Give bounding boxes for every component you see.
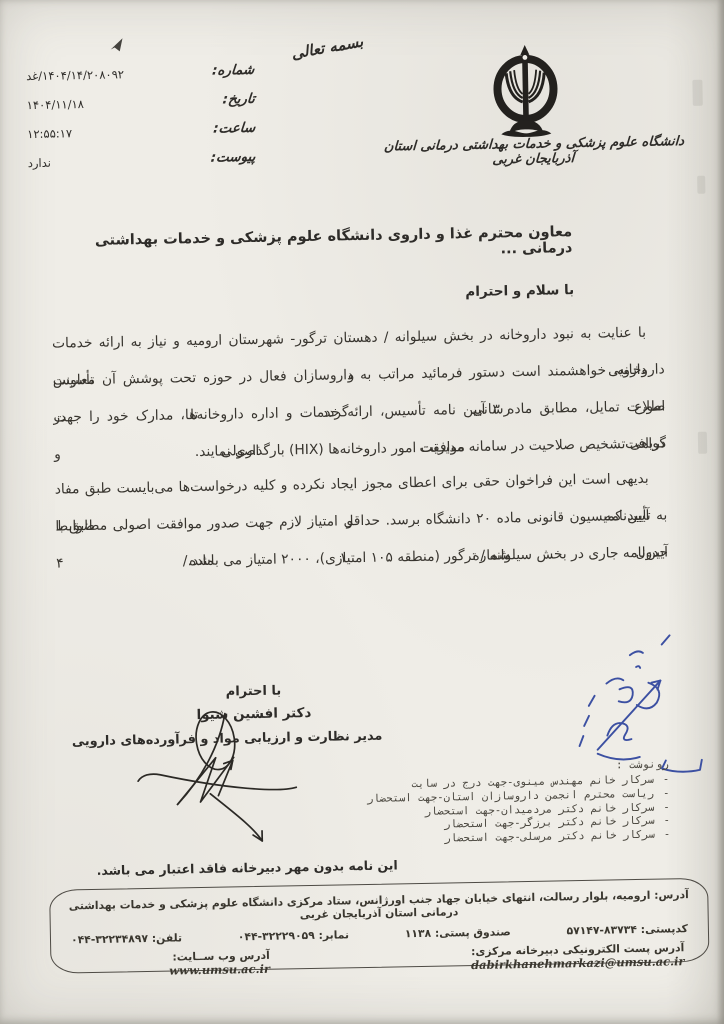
footer-contact-box: آدرس: ارومیه، بلوار رسالت، انتهای خیابان… <box>49 878 709 974</box>
meta-row-number: شماره: ۱۴۰۴/۱۴/۲۰۸۰۹۲/غد <box>20 60 262 93</box>
postal-code-field: کدپستی: ۵۷۱۴۷-۸۳۷۳۴ <box>566 922 688 937</box>
recipient-line: معاون محترم غذا و داروی دانشگاه علوم پزش… <box>80 224 573 265</box>
meta-date-value: ۱۴۰۴/۱۱/۱۸ <box>27 95 195 112</box>
email-field: آدرس پست الکترونیکی دبیرخانه مرکزی: dabi… <box>270 941 685 976</box>
postal-code-label: کدپستی: <box>641 922 688 936</box>
address-label: آدرس: <box>654 888 689 902</box>
meta-row-attachment: پیوست: ندارد <box>22 147 264 180</box>
bismillah-text: بسمه تعالی <box>279 30 376 64</box>
footer-address-row: آدرس: ارومیه، بلوار رسالت، انتهای خیابان… <box>50 888 707 926</box>
meta-row-date: تاریخ: ۱۴۰۴/۱۱/۱۸ <box>20 89 262 122</box>
po-box-label: صندوق پستی: <box>435 925 511 939</box>
university-emblem-icon <box>486 44 566 139</box>
cc-item-text: سرکار خانم دکتر مرسلی-جهت استحضار <box>444 829 655 845</box>
salutation-line: با سلام و احترام <box>436 282 574 301</box>
meta-time-value: ۱۲:۵۵:۱۷ <box>27 124 195 141</box>
body-paragraph-2: بدیهی است این فراخوان حقی برای اعطای مجو… <box>54 460 668 582</box>
cc-bullet: - <box>663 815 670 827</box>
meta-row-time: ساعت: ۱۲:۵۵:۱۷ <box>21 118 263 151</box>
fax-value: ۰۴۴-۳۲۲۲۹۰۵۹ <box>238 929 315 943</box>
po-box-field: صندوق پستی: ۱۱۳۸ <box>405 925 511 940</box>
meta-attachment-label: پیوست: <box>210 149 256 166</box>
tel-field: تلفن: ۰۴۴-۳۲۲۳۴۸۹۷ <box>71 931 182 946</box>
scan-artifact <box>697 176 705 194</box>
postal-code-value: ۵۷۱۴۷-۸۳۷۳۴ <box>566 923 637 937</box>
stamp-validity-note: این نامه بدون مهر دبیرخانه فاقد اعتبار م… <box>62 857 398 878</box>
meta-number-label: شماره: <box>211 62 255 79</box>
scan-artifact-mark <box>106 35 128 57</box>
po-box-value: ۱۱۳۸ <box>405 927 432 940</box>
fax-label: نمابر: <box>318 928 349 942</box>
website-field: آدرس وب ســایت: www.umsu.ac.ir <box>75 949 270 980</box>
scanned-letter-page: بسمه تعالی شماره: ۱۴۰۴/۱۴/۲۰۸۰۹۲/غد تاری… <box>0 0 724 1024</box>
email-value: dabirkhanehmarkazi@umsu.ac.ir <box>471 954 685 972</box>
meta-attachment-value: ندارد <box>28 153 196 170</box>
fax-field: نمابر: ۰۴۴-۳۲۲۲۹۰۵۹ <box>238 928 349 943</box>
scan-artifact <box>692 80 702 106</box>
scan-artifact <box>698 432 707 454</box>
tel-label: تلفن: <box>152 931 183 945</box>
cc-bullet: - <box>663 787 670 799</box>
tel-value: ۰۴۴-۳۲۲۳۴۸۹۷ <box>71 932 148 946</box>
footer-web-row: آدرس پست الکترونیکی دبیرخانه مرکزی: dabi… <box>51 941 708 980</box>
meta-number-value: ۱۴۰۴/۱۴/۲۰۸۰۹۲/غد <box>26 66 194 83</box>
organization-name: دانشگاه علوم پزشکی و خدمات بهداشتی درمان… <box>361 134 706 170</box>
letter-meta-block: شماره: ۱۴۰۴/۱۴/۲۰۸۰۹۲/غد تاریخ: ۱۴۰۴/۱۱/… <box>20 60 264 180</box>
cc-list: رونوشت : -سرکار خانم مهندس مینوی-جهت درج… <box>325 757 670 848</box>
scan-content: بسمه تعالی شماره: ۱۴۰۴/۱۴/۲۰۸۰۹۲/غد تاری… <box>0 0 724 1024</box>
handwritten-blue-note <box>565 630 713 775</box>
website-value: www.umsu.ac.ir <box>169 962 270 978</box>
cc-bullet: - <box>664 829 671 841</box>
meta-date-label: تاریخ: <box>222 91 256 108</box>
body-paragraph-1: با عنایت به نبود داروخانه در بخش سیلوانه… <box>52 314 667 473</box>
address-value: ارومیه، بلوار رسالت، انتهای خیابان جهاد … <box>69 889 651 921</box>
meta-time-label: ساعت: <box>212 120 256 137</box>
cc-bullet: - <box>663 773 670 785</box>
cc-bullet: - <box>663 801 670 813</box>
